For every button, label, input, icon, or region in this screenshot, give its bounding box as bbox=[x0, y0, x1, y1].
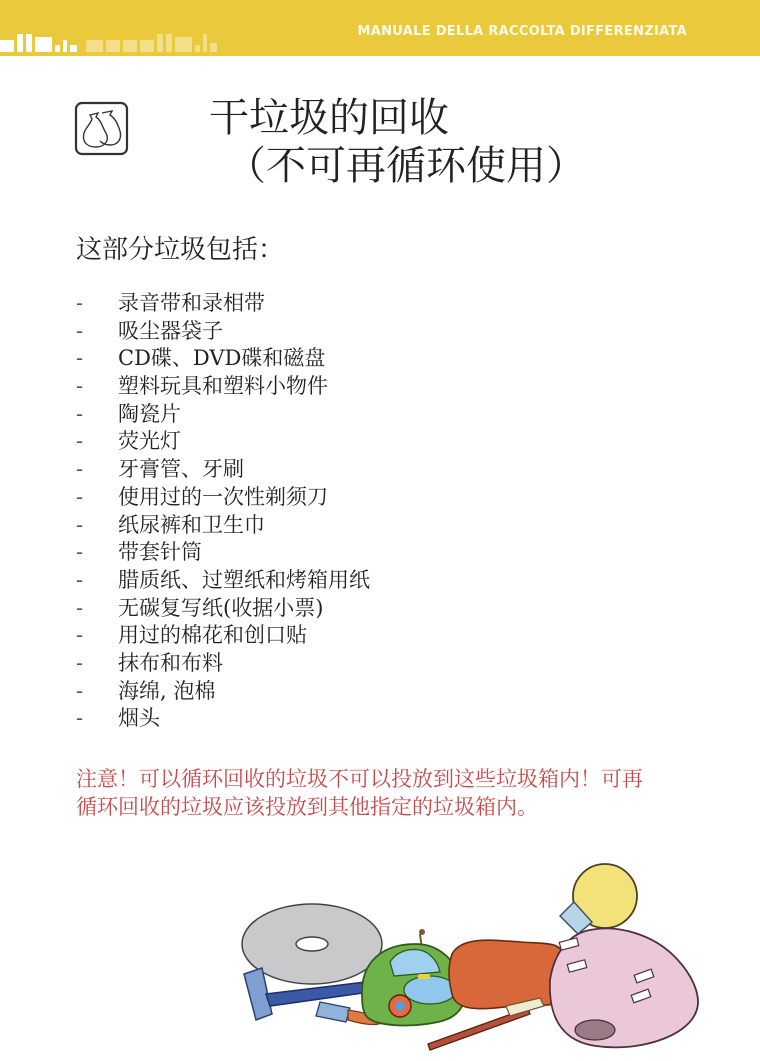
list-item: -腊质纸、过塑纸和烤箱用纸 bbox=[76, 567, 370, 595]
title-line-1: 干垃圾的回收 bbox=[209, 92, 449, 144]
list-item: -纸尿裤和卫生巾 bbox=[76, 512, 370, 540]
list-item-label: 用过的棉花和创口贴 bbox=[118, 622, 307, 650]
list-item-label: 陶瓷片 bbox=[118, 401, 181, 429]
list-item: -录音带和录相带 bbox=[76, 290, 370, 318]
list-item-label: 抹布和布料 bbox=[118, 650, 223, 678]
waste-illustration bbox=[230, 862, 710, 1061]
list-item: -吸尘器袋子 bbox=[76, 318, 370, 346]
bullet-dash: - bbox=[76, 484, 118, 512]
header-bar: MANUALE DELLA RACCOLTA DIFFERENZIATA bbox=[0, 0, 760, 56]
bullet-dash: - bbox=[76, 622, 118, 650]
sponge-icon bbox=[449, 940, 566, 1009]
warning-notice: 注意！可以循环回收的垃圾不可以投放到这些垃圾箱内！可再循环回收的垃圾应该投放到其… bbox=[76, 765, 646, 821]
bullet-dash: - bbox=[76, 290, 118, 318]
bullet-dash: - bbox=[76, 705, 118, 733]
bullet-dash: - bbox=[76, 539, 118, 567]
bullet-dash: - bbox=[76, 345, 118, 373]
manual-title: MANUALE DELLA RACCOLTA DIFFERENZIATA bbox=[358, 24, 687, 39]
list-item: -无碳复写纸(收据小票) bbox=[76, 595, 370, 623]
list-item-label: 烟头 bbox=[118, 705, 160, 733]
list-item-label: 纸尿裤和卫生巾 bbox=[118, 512, 265, 540]
light-bulb-icon bbox=[560, 864, 637, 934]
list-item: -牙膏管、牙刷 bbox=[76, 456, 370, 484]
list-item: -烟头 bbox=[76, 705, 370, 733]
list-item-label: 带套针筒 bbox=[118, 539, 202, 567]
list-item-label: 吸尘器袋子 bbox=[118, 318, 223, 346]
diaper-icon bbox=[550, 928, 698, 1047]
bullet-dash: - bbox=[76, 428, 118, 456]
list-item: -带套针筒 bbox=[76, 539, 370, 567]
bullet-dash: - bbox=[76, 456, 118, 484]
list-item: -使用过的一次性剃须刀 bbox=[76, 484, 370, 512]
list-item-label: 腊质纸、过塑纸和烤箱用纸 bbox=[118, 567, 370, 595]
bins-silhouette-icon bbox=[0, 30, 217, 52]
list-item-label: 海绵, 泡棉 bbox=[118, 678, 215, 706]
list-item-label: 荧光灯 bbox=[118, 428, 181, 456]
list-item: -CD碟、DVD碟和磁盘 bbox=[76, 345, 370, 373]
bullet-dash: - bbox=[76, 318, 118, 346]
list-item-label: 使用过的一次性剃须刀 bbox=[118, 484, 328, 512]
list-item-label: 录音带和录相带 bbox=[118, 290, 265, 318]
bullet-dash: - bbox=[76, 373, 118, 401]
bullet-dash: - bbox=[76, 650, 118, 678]
title-line-2: （不可再循环使用） bbox=[226, 140, 586, 192]
intro-text: 这部分垃圾包括： bbox=[76, 229, 284, 266]
list-item-label: 无碳复写纸(收据小票) bbox=[118, 595, 323, 623]
item-list: -录音带和录相带 -吸尘器袋子 -CD碟、DVD碟和磁盘 -塑料玩具和塑料小物件… bbox=[76, 290, 370, 733]
bullet-dash: - bbox=[76, 678, 118, 706]
list-item-label: CD碟、DVD碟和磁盘 bbox=[118, 345, 325, 373]
list-item-label: 牙膏管、牙刷 bbox=[118, 456, 244, 484]
list-item: -塑料玩具和塑料小物件 bbox=[76, 373, 370, 401]
bullet-dash: - bbox=[76, 401, 118, 429]
bullet-dash: - bbox=[76, 595, 118, 623]
garbage-bags-icon bbox=[74, 101, 129, 156]
list-item: -抹布和布料 bbox=[76, 650, 370, 678]
list-item: -用过的棉花和创口贴 bbox=[76, 622, 370, 650]
bullet-dash: - bbox=[76, 512, 118, 540]
list-item: -荧光灯 bbox=[76, 428, 370, 456]
bullet-dash: - bbox=[76, 567, 118, 595]
list-item: -海绵, 泡棉 bbox=[76, 678, 370, 706]
list-item: -陶瓷片 bbox=[76, 401, 370, 429]
list-item-label: 塑料玩具和塑料小物件 bbox=[118, 373, 328, 401]
